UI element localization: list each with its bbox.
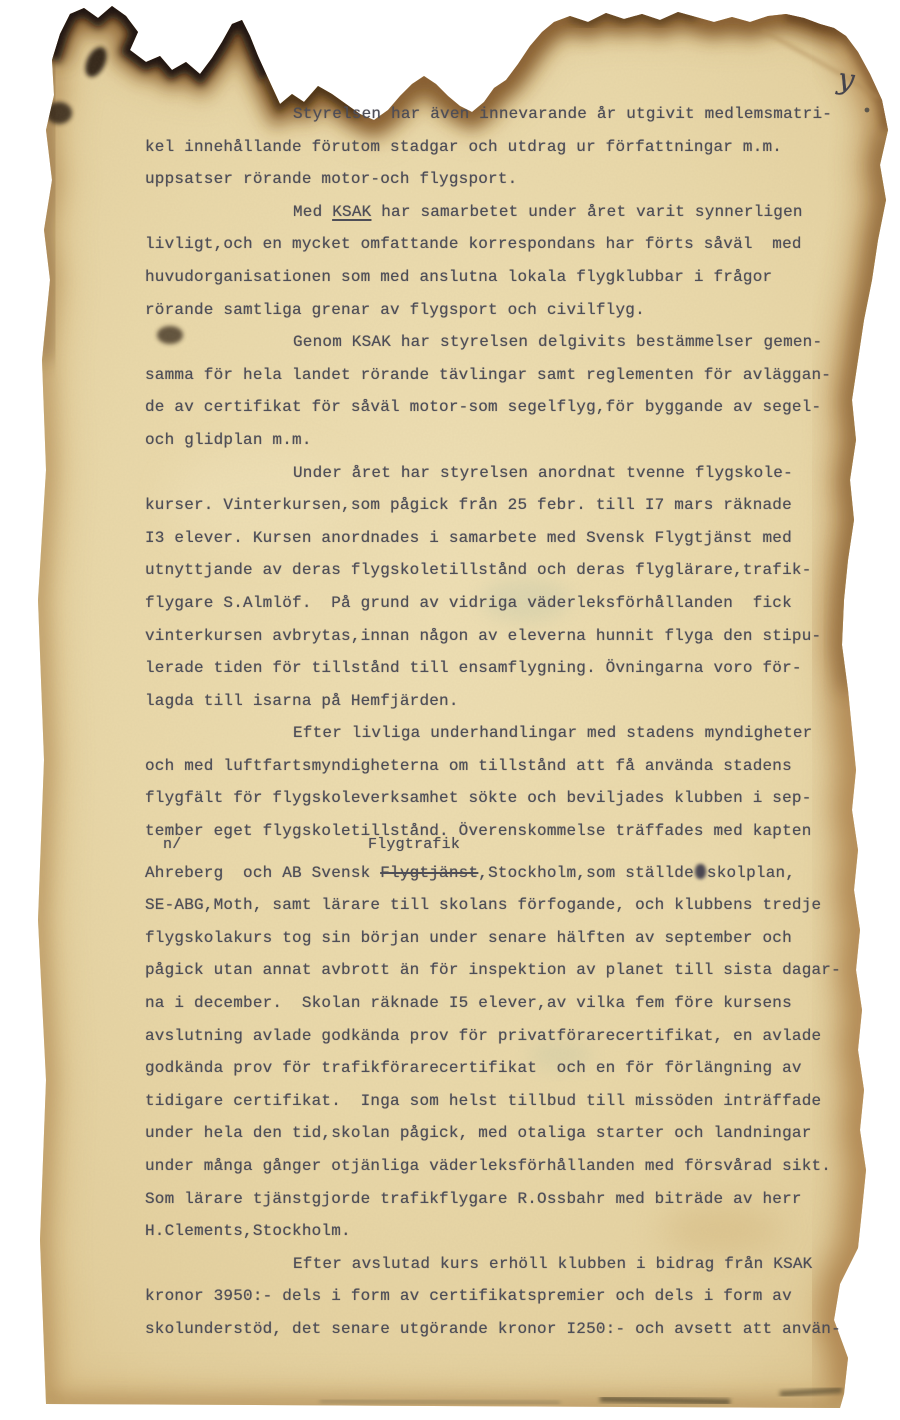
text-line: de av certifikat för såväl motor-som seg…: [145, 391, 875, 424]
text-line: huvudorganisationen som med anslutna lok…: [145, 261, 875, 294]
text-line: Under året har styrelsen anordnat tvenne…: [145, 457, 875, 490]
text-line: kronor 3950:- dels i form av certifikats…: [145, 1280, 875, 1313]
text-line: kurser. Vinterkursen,som pågick från 25 …: [145, 489, 875, 522]
text-line: och med luftfartsmyndigheterna om tillst…: [145, 750, 875, 783]
text-segment: Ahreberg och AB Svensk: [145, 864, 380, 882]
text-line: flygskolakurs tog sin början under senar…: [145, 922, 875, 955]
text-line: kel innehållande förutom stadgar och utd…: [145, 131, 875, 164]
text-line: utnyttjande av deras flygskoletillstånd …: [145, 554, 875, 587]
text-line: under hela den tid,skolan pågick, med ot…: [145, 1117, 875, 1150]
typed-correction: n/Flygtrafik: [145, 836, 181, 856]
text-line: tidigare certifikat. Inga som helst till…: [145, 1085, 875, 1118]
text-line: I3 elever. Kursen anordnades i samarbete…: [145, 522, 875, 555]
text-line: Som lärare tjänstgjorde trafikflygare R.…: [145, 1183, 875, 1216]
text-line: samma för hela landet rörande tävlingar …: [145, 359, 875, 392]
text-line: Styrelsen har även innevarande år utgivi…: [145, 98, 875, 131]
text-line: uppsatser rörande motor-och flygsport.: [145, 163, 875, 196]
typed-text: Styrelsen har även innevarande år utgivi…: [145, 98, 875, 1346]
text-line: och glidplan m.m.: [145, 424, 875, 457]
text-line: H.Clements,Stockholm.: [145, 1215, 875, 1248]
text-segment: ,Stockholm,som ställde: [478, 864, 694, 882]
text-line: lagda till isarna på Hemfjärden.: [145, 685, 875, 718]
text-segment: skolplan,: [707, 864, 795, 882]
text-line: na i december. Skolan räknade I5 elever,…: [145, 987, 875, 1020]
text-segment: Med: [293, 203, 332, 221]
text-line: vinterkursen avbrytas,innan någon av ele…: [145, 620, 875, 653]
text-line: Efter livliga underhandlingar med staden…: [145, 717, 875, 750]
text-segment: har samarbetet under året varit synnerli…: [371, 203, 802, 221]
text-line: n/FlygtrafikAhreberg och AB Svensk Flygt…: [145, 857, 875, 890]
text-line: tember eget flygskoletillstånd. Överensk…: [145, 815, 875, 848]
text-line: godkända prov för trafikförarecertifikat…: [145, 1052, 875, 1085]
text-segment: Flygtjänst: [380, 864, 478, 882]
correction-mark: n/: [163, 836, 181, 853]
text-line: Efter avslutad kurs erhöll klubben i bid…: [145, 1248, 875, 1281]
text-line: lerade tiden för tillstånd till ensamfly…: [145, 652, 875, 685]
text-line: flygare S.Almlöf. På grund av vidriga vä…: [145, 587, 875, 620]
correction-word: Flygtrafik: [368, 836, 460, 854]
text-line: Med KSAK har samarbetet under året varit…: [145, 196, 875, 229]
text-line: skolunderstöd, det senare utgörande kron…: [145, 1313, 875, 1346]
text-line: under många gånger otjänliga väderleksfö…: [145, 1150, 875, 1183]
text-line: flygfält för flygskoleverksamhet sökte o…: [145, 782, 875, 815]
ink-blot: [695, 864, 706, 879]
text-line: livligt,och en mycket omfattande korresp…: [145, 228, 875, 261]
text-line: pågick utan annat avbrott än för inspekt…: [145, 954, 875, 987]
text-line: SE-ABG,Moth, samt lärare till skolans fö…: [145, 889, 875, 922]
text-line: rörande samtliga grenar av flygsport och…: [145, 294, 875, 327]
text-line: avslutning avlade godkända prov för priv…: [145, 1020, 875, 1053]
text-segment: KSAK: [332, 203, 371, 221]
text-line: Genom KSAK har styrelsen delgivits bestä…: [145, 326, 875, 359]
